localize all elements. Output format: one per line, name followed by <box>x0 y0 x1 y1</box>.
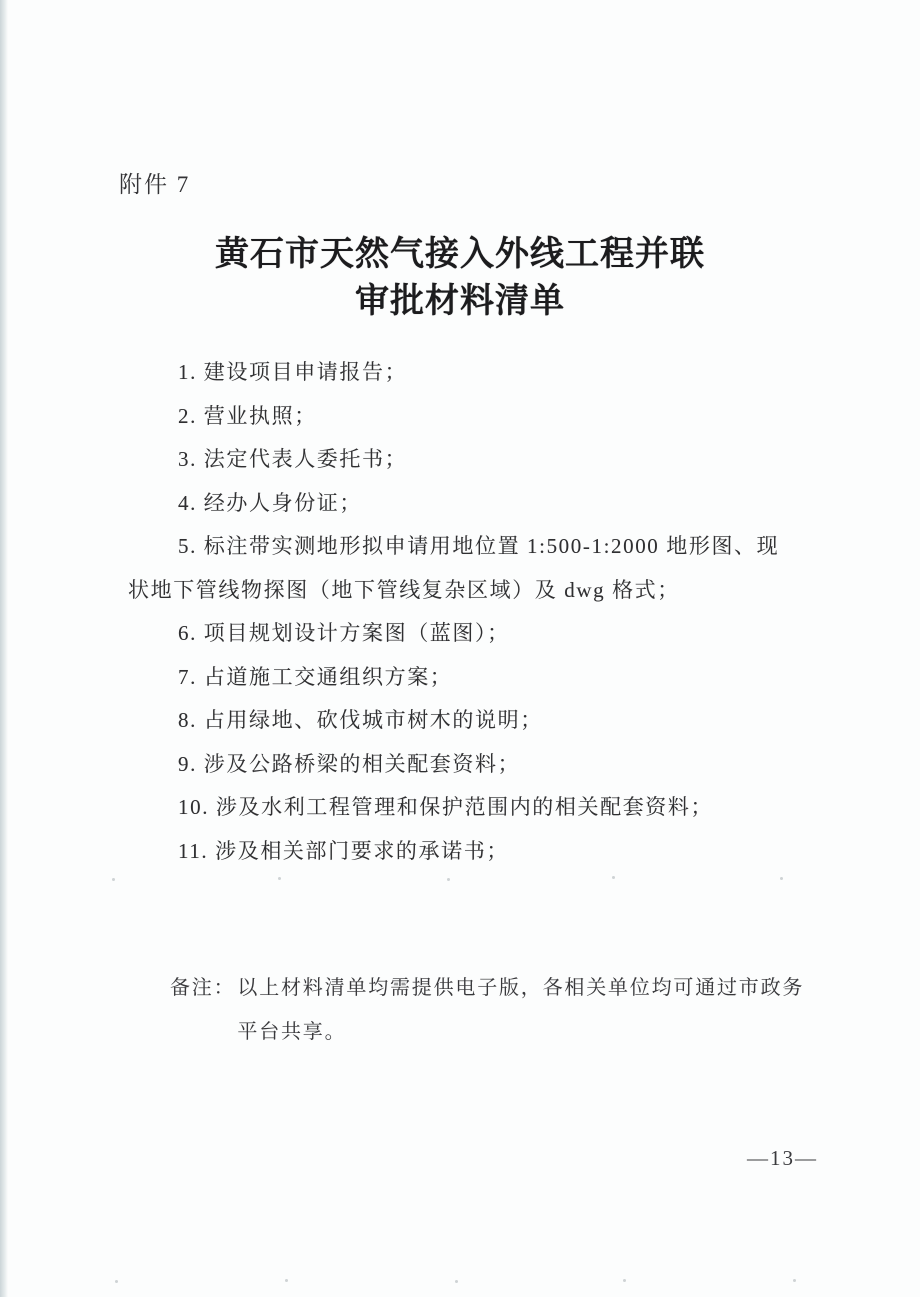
title-line-2: 审批材料清单 <box>0 278 920 325</box>
page-number: —13— <box>747 1146 818 1171</box>
note-block: 备注： 以上材料清单均需提供电子版，各相关单位均可通过市政务平台共享。 <box>170 966 850 1054</box>
document-title: 黄石市天然气接入外线工程并联 审批材料清单 <box>0 231 920 325</box>
title-line-1: 黄石市天然气接入外线工程并联 <box>0 231 920 278</box>
list-item-4: 4. 经办人身份证； <box>128 482 788 526</box>
attachment-label: 附件 7 <box>119 166 190 199</box>
materials-list: 1. 建设项目申请报告； 2. 营业执照； 3. 法定代表人委托书； 4. 经办… <box>128 351 788 873</box>
list-item-2: 2. 营业执照； <box>128 395 788 439</box>
list-item-3: 3. 法定代表人委托书； <box>128 438 788 482</box>
scan-speck <box>612 876 615 879</box>
scan-speck <box>793 1279 796 1282</box>
scan-speck <box>285 1279 288 1282</box>
list-item-1: 1. 建设项目申请报告； <box>128 351 788 395</box>
list-item-5: 5. 标注带实测地形拟申请用地位置 1:500-1:2000 地形图、现状地下管… <box>128 525 788 612</box>
note-text: 以上材料清单均需提供电子版，各相关单位均可通过市政务平台共享。 <box>237 966 815 1054</box>
scan-speck <box>447 878 450 881</box>
list-item-10: 10. 涉及水利工程管理和保护范围内的相关配套资料； <box>128 786 788 830</box>
scan-edge-left <box>0 0 8 1297</box>
scan-speck <box>780 877 783 880</box>
list-item-7: 7. 占道施工交通组织方案； <box>128 656 788 700</box>
list-item-11: 11. 涉及相关部门要求的承诺书； <box>128 830 788 874</box>
scanned-document-page: 附件 7 黄石市天然气接入外线工程并联 审批材料清单 1. 建设项目申请报告； … <box>0 0 920 1297</box>
scan-speck <box>455 1280 458 1283</box>
list-item-9: 9. 涉及公路桥梁的相关配套资料； <box>128 743 788 787</box>
list-item-8: 8. 占用绿地、砍伐城市树木的说明； <box>128 699 788 743</box>
list-item-6: 6. 项目规划设计方案图（蓝图）； <box>128 612 788 656</box>
note-label: 备注： <box>170 966 235 1010</box>
scan-speck <box>112 878 115 881</box>
scan-speck <box>623 1279 626 1282</box>
scan-speck <box>115 1280 118 1283</box>
scan-speck <box>278 877 281 880</box>
